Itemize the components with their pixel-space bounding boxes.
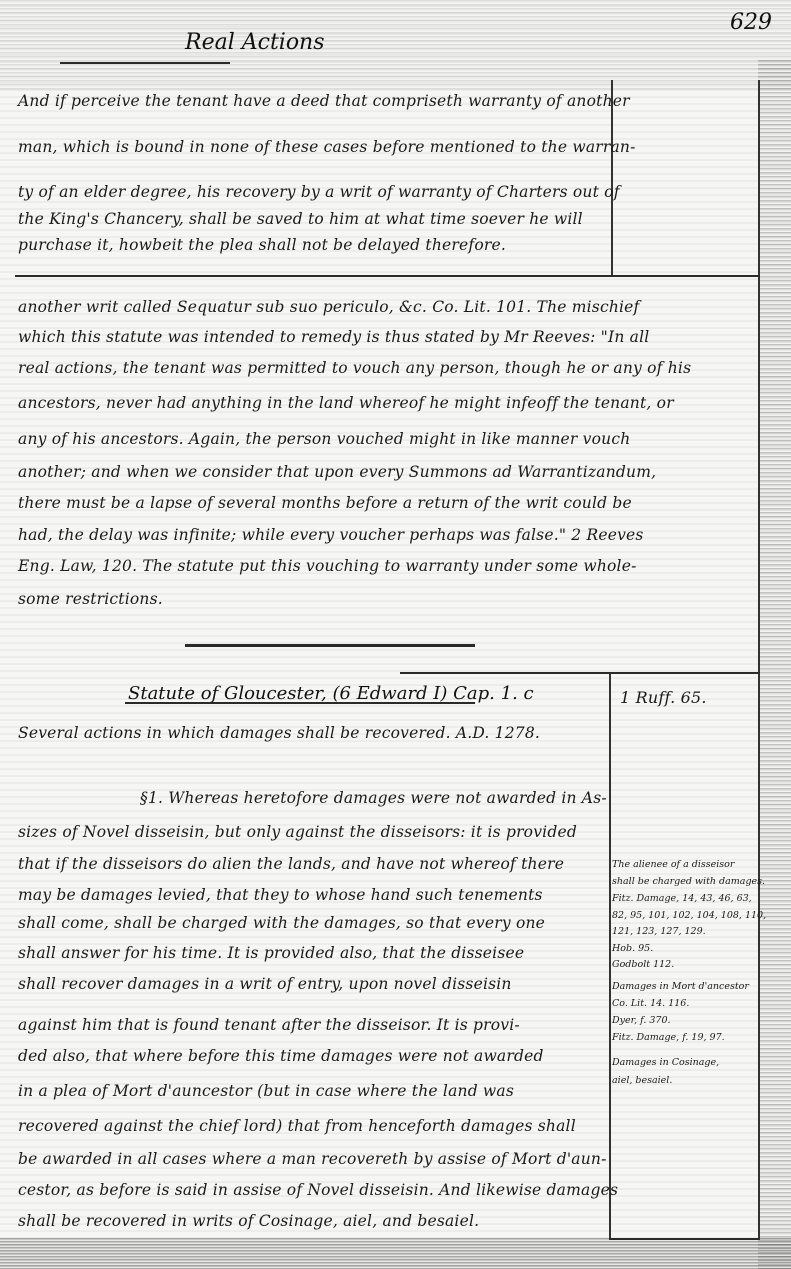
margin-note: aiel, besaiel. xyxy=(612,1073,672,1089)
section3-line: shall be recovered in writs of Cosinage,… xyxy=(18,1212,479,1230)
margin-note: Fitz. Damage, 14, 43, 46, 63, xyxy=(612,891,752,907)
margin-note: Damages in Mort d'ancestor xyxy=(612,979,749,995)
section3-top-rule xyxy=(400,672,760,674)
section3-bottom-rule xyxy=(609,1238,759,1240)
section3-line: sizes of Novel disseisin, but only again… xyxy=(18,823,577,841)
section3-line: that if the disseisors do alien the land… xyxy=(18,855,564,873)
margin-note: 82, 95, 101, 102, 104, 108, 110, xyxy=(612,908,766,924)
section3-line: may be damages levied, that they to whos… xyxy=(18,886,543,904)
section2-line: real actions, the tenant was permitted t… xyxy=(18,359,691,377)
section3-line: against him that is found tenant after t… xyxy=(18,1016,520,1034)
margin-note: 121, 123, 127, 129. xyxy=(612,924,706,940)
manuscript-page: 629 Real Actions And if perceive the ten… xyxy=(0,0,791,1269)
margin-note: Fitz. Damage, f. 19, 97. xyxy=(612,1030,725,1046)
section3-line: cestor, as before is said in assise of N… xyxy=(18,1181,618,1199)
section1-line: ty of an elder degree, his recovery by a… xyxy=(18,183,620,201)
section3-line: be awarded in all cases where a man reco… xyxy=(18,1150,607,1168)
margin-note: Dyer, f. 370. xyxy=(612,1013,671,1029)
heading1-underline xyxy=(60,62,230,64)
section2-line: Eng. Law, 120. The statute put this vouc… xyxy=(18,557,637,575)
section2-line: some restrictions. xyxy=(18,590,163,608)
section2-line: which this statute was intended to remed… xyxy=(18,328,649,346)
section3-line: §1. Whereas heretofore damages were not … xyxy=(140,789,607,807)
page-number: 629 xyxy=(730,10,772,35)
margin-note: Co. Lit. 14. 116. xyxy=(612,996,689,1012)
section3-line: shall recover damages in a writ of entry… xyxy=(18,975,512,993)
section3-subheading: Several actions in which damages shall b… xyxy=(18,724,540,742)
scan-noise-bottom xyxy=(0,1238,791,1269)
section2-line: any of his ancestors. Again, the person … xyxy=(18,430,630,448)
margin-note: Damages in Cosinage, xyxy=(612,1055,719,1071)
section3-line: recovered against the chief lord) that f… xyxy=(18,1117,576,1135)
section3-line: in a plea of Mort d'auncestor (but in ca… xyxy=(18,1082,514,1100)
section2-line: another writ called Sequatur sub suo per… xyxy=(18,298,640,316)
margin-note: Hob. 95. xyxy=(612,941,653,957)
margin-rule-outer xyxy=(758,80,760,1240)
scan-noise-right-edge xyxy=(758,60,791,1269)
section1-line: purchase it, howbeit the plea shall not … xyxy=(18,236,506,254)
section-divider-rule xyxy=(185,644,475,647)
section1-bottom-rule xyxy=(15,275,760,277)
section1-line: the King's Chancery, shall be saved to h… xyxy=(18,210,583,228)
section2-line: there must be a lapse of several months … xyxy=(18,494,632,512)
section2-line: another; and when we consider that upon … xyxy=(18,463,656,481)
section2-line: had, the delay was infinite; while every… xyxy=(18,526,644,544)
margin-note: Godbolt 112. xyxy=(612,957,674,973)
section1-heading: Real Actions xyxy=(185,30,325,55)
section3-line: shall answer for his time. It is provide… xyxy=(18,944,524,962)
section3-line: ded also, that where before this time da… xyxy=(18,1047,544,1065)
margin-rule-section3 xyxy=(609,672,611,1240)
margin-note: shall be charged with damages. xyxy=(612,874,765,890)
section3-heading: Statute of Gloucester, (6 Edward I) Cap.… xyxy=(128,683,534,704)
section3-line: shall come, shall be charged with the da… xyxy=(18,914,545,932)
section3-margin-ref: 1 Ruff. 65. xyxy=(620,688,707,707)
section2-line: ancestors, never had anything in the lan… xyxy=(18,394,674,412)
section1-line: And if perceive the tenant have a deed t… xyxy=(18,92,630,110)
margin-note: The alienee of a disseisor xyxy=(612,857,734,873)
scan-noise-top xyxy=(0,0,791,90)
section1-line: man, which is bound in none of these cas… xyxy=(18,138,636,156)
